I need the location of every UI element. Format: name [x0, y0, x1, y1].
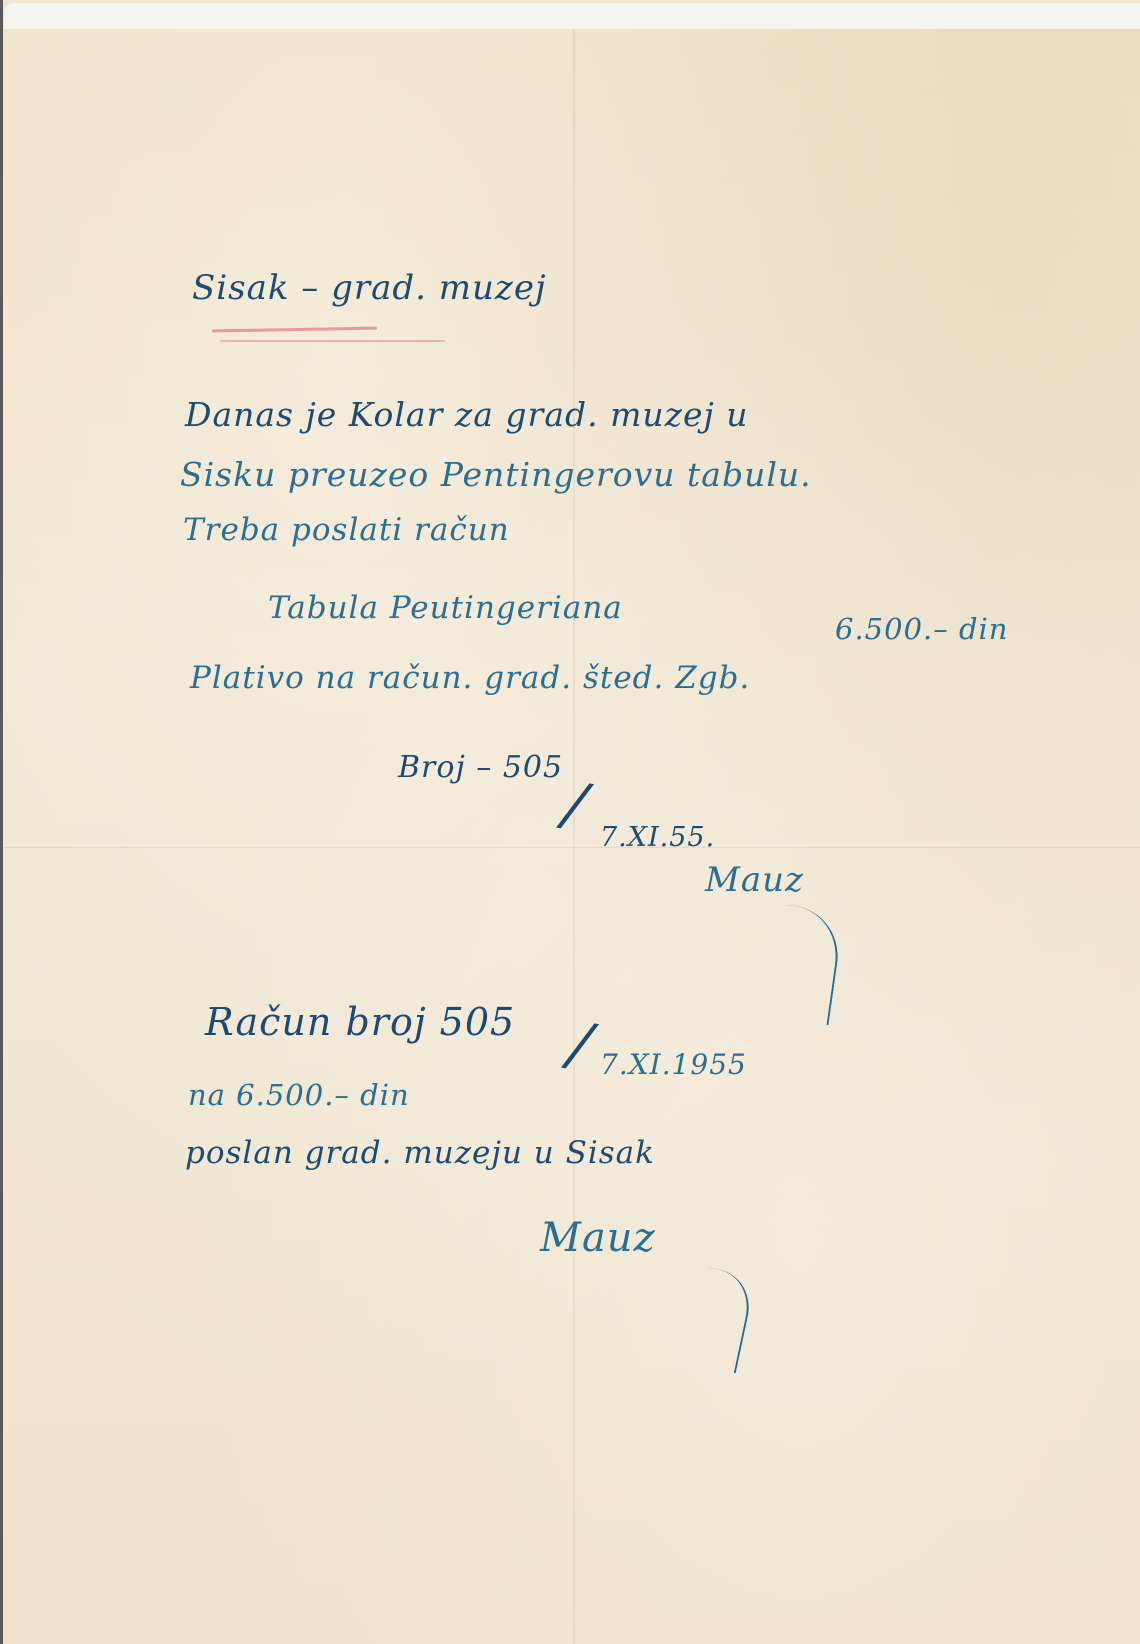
closing-invoice-number: Račun broj 505	[205, 1000, 515, 1044]
reference-number: Broj – 505	[398, 750, 563, 785]
closing-amount: na 6.500.– din	[188, 1078, 410, 1112]
heading-red-underline-second	[220, 340, 445, 342]
closing-sent-to: poslan grad. muzeju u Sisak	[185, 1135, 655, 1171]
closing-invoice-date: 7.XI.1955	[600, 1048, 747, 1081]
body-line-2: Sisku preuzeo Pentingerovu tabulu.	[180, 455, 812, 494]
reference-date: 7.XI.55.	[600, 822, 715, 853]
heading: Sisak – grad. muzej	[192, 268, 546, 308]
payment-instruction: Plativo na račun. grad. šted. Zgb.	[190, 660, 750, 696]
reference-signature: Mauz	[705, 860, 804, 900]
invoice-item: Tabula Peutingeriana	[268, 590, 623, 626]
scanned-document: Sisak – grad. muzej Danas je Kolar za gr…	[0, 0, 1140, 1644]
invoice-amount: 6.500.– din	[835, 612, 1008, 646]
horizontal-fold-crease	[3, 845, 1140, 848]
body-line-3: Treba poslati račun	[183, 512, 510, 548]
body-line-1: Danas je Kolar za grad. muzej u	[185, 395, 749, 434]
scanner-top-margin	[4, 3, 1140, 29]
closing-signature: Mauz	[540, 1215, 656, 1261]
